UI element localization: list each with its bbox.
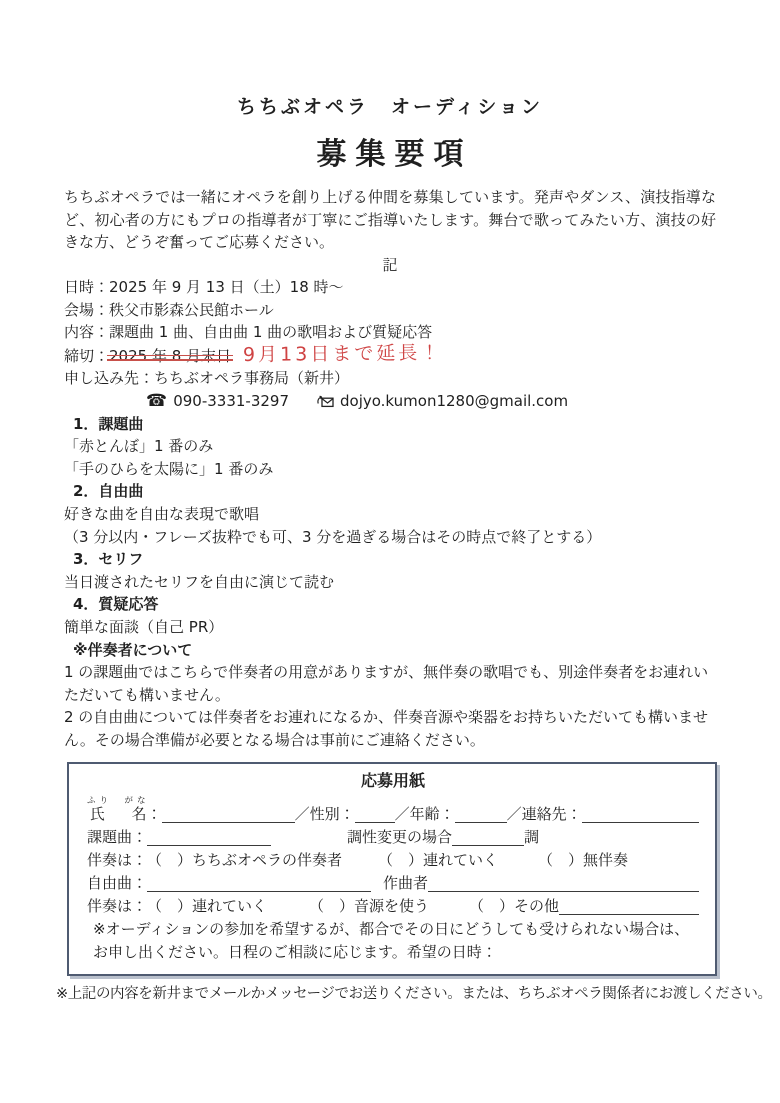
accompaniment2-option-audio-source: （ ）音源を使う <box>309 895 429 918</box>
email-send-icon <box>317 395 334 408</box>
phone-icon: ☎ <box>146 393 167 410</box>
accompaniment2-label: 伴奏は： <box>87 895 147 918</box>
section-line: 当日渡されたセリフを自由に演じて読む <box>64 571 716 594</box>
section-heading-accompanist: ※伴奏者について <box>64 639 716 662</box>
section-line: （3 分以内・フレーズ抜粋でも可、3 分を過ぎる場合はその時点で終了とする） <box>64 526 716 549</box>
accompaniment2-option-bring-own: （ ）連れていく <box>147 895 267 918</box>
form-note-line-1: ※オーディションの参加を希望するが、都合でその日にどうしても受けられない場合は、 <box>87 918 699 941</box>
gender-field-blank <box>355 818 395 823</box>
name-field-blank <box>162 818 295 823</box>
section-shitsugi: 4．質疑応答 簡単な面談（自己 PR） <box>64 593 716 638</box>
accompaniment2-option-other: （ ）その他 <box>469 895 559 918</box>
phone-number: 090-3331-3297 <box>173 390 289 413</box>
section-kadaikyoku: 1．課題曲 「赤とんぼ」1 番のみ 「手のひらを太陽に」1 番のみ <box>64 413 716 481</box>
form-row-kadaikyoku: 課題曲： 調性変更の場合 調 <box>87 826 699 849</box>
accompaniment1-label: 伴奏は： <box>87 849 147 872</box>
section-line: 簡単な面談（自己 PR） <box>64 616 716 639</box>
form-note-line-2: お申し出ください。日程のご相談に応じます。希望の日時： <box>87 941 699 964</box>
detail-deadline: 締切：2025 年 8 月末日9月13日まで延長！ <box>64 344 716 368</box>
kadaikyoku-label: 課題曲： <box>87 826 147 849</box>
section-line: 好きな曲を自由な表現で歌唱 <box>64 503 716 526</box>
document-page: ちちぶオペラ オーディション 募集要項 ちちぶオペラでは一緒にオペラを創り上げる… <box>0 0 780 1103</box>
jiyukyoku-label: 自由曲： <box>87 872 147 895</box>
intro-paragraph: ちちぶオペラでは一緒にオペラを創り上げる仲間を募集しています。発声やダンス、演技… <box>64 186 716 254</box>
application-form-box: 応募用紙 氏 名ふり がな： ／性別： ／年齢： ／連絡先： 課題曲： 調性変更… <box>67 762 717 976</box>
document-content: ちちぶオペラ オーディション 募集要項 ちちぶオペラでは一緒にオペラを創り上げる… <box>0 94 780 1005</box>
name-furigana: ふり がな <box>87 796 150 806</box>
section-line: 「手のひらを太陽に」1 番のみ <box>64 458 716 481</box>
form-row-accompaniment-1: 伴奏は： （ ）ちちぶオペラの伴奏者 （ ）連れていく （ ）無伴奏 <box>87 849 699 872</box>
section-jiyukyoku: 2．自由曲 好きな曲を自由な表現で歌唱 （3 分以内・フレーズ抜粋でも可、3 分… <box>64 480 716 548</box>
recruitment-heading: 募集要項 <box>64 135 716 175</box>
key-suffix-label: 調 <box>524 826 539 849</box>
section-line: 1 の課題曲ではこちらで伴奏者の用意がありますが、無伴奏の歌唱でも、別途伴奏者を… <box>64 661 716 706</box>
contact-line: ☎090-3331-3297 dojyo.kumon1280@gmail.com <box>64 390 716 413</box>
event-details: 日時：2025 年 9 月 13 日（土）18 時～ 会場：秩父市影森公民館ホー… <box>64 276 716 413</box>
section-heading-kadaikyoku: 1．課題曲 <box>64 413 716 436</box>
contact-label: ／連絡先： <box>507 803 582 826</box>
section-serifu: 3．セリフ 当日渡されたセリフを自由に演じて読む <box>64 548 716 593</box>
detail-content: 内容：課題曲 1 曲、自由曲 1 曲の歌唱および質疑応答 <box>64 321 716 344</box>
section-heading-shitsugi: 4．質疑応答 <box>64 593 716 616</box>
age-field-blank <box>455 818 507 823</box>
name-colon: ： <box>147 805 162 823</box>
section-line: 「赤とんぼ」1 番のみ <box>64 435 716 458</box>
footer-note: ※上記の内容を新井までメールかメッセージでお送りください。または、ちちぶオペラ関… <box>56 983 716 1005</box>
form-row-accompaniment-2: 伴奏は： （ ）連れていく （ ）音源を使う （ ）その他 <box>87 895 699 918</box>
deadline-extension-note: 9月13日まで延長！ <box>243 342 442 367</box>
section-heading-jiyukyoku: 2．自由曲 <box>64 480 716 503</box>
deadline-label: 締切： <box>64 347 109 365</box>
section-heading-serifu: 3．セリフ <box>64 548 716 571</box>
jiyukyoku-field-blank <box>147 887 371 892</box>
detail-datetime: 日時：2025 年 9 月 13 日（土）18 時～ <box>64 276 716 299</box>
detail-apply-to: 申し込み先：ちちぶオペラ事務局（新井） <box>64 367 716 390</box>
page-title: ちちぶオペラ オーディション <box>64 94 716 120</box>
form-title: 応募用紙 <box>87 769 699 793</box>
deadline-old-date: 2025 年 8 月末日 <box>109 345 231 368</box>
key-field-blank <box>452 841 524 846</box>
composer-field-blank <box>428 887 699 892</box>
gender-label: ／性別： <box>295 803 355 826</box>
kadaikyoku-field-blank <box>147 841 271 846</box>
composer-label: 作曲者 <box>383 872 428 895</box>
form-row-name: 氏 名ふり がな： ／性別： ／年齢： ／連絡先： <box>87 796 699 826</box>
email-address: dojyo.kumon1280@gmail.com <box>340 390 568 413</box>
other-field-blank <box>559 910 699 915</box>
section-line: 2 の自由曲については伴奏者をお連れになるか、伴奏音源や楽器をお持ちいただいても… <box>64 706 716 751</box>
detail-venue: 会場：秩父市影森公民館ホール <box>64 299 716 322</box>
age-label: ／年齢： <box>395 803 455 826</box>
key-change-label: 調性変更の場合 <box>347 826 452 849</box>
name-label-text: 氏 名 <box>87 805 150 823</box>
accompaniment1-option-bring-own: （ ）連れていく <box>378 849 498 872</box>
form-row-jiyukyoku: 自由曲： 作曲者 <box>87 872 699 895</box>
section-accompanist: ※伴奏者について 1 の課題曲ではこちらで伴奏者の用意がありますが、無伴奏の歌唱… <box>64 639 716 752</box>
name-label: 氏 名ふり がな： <box>87 796 162 826</box>
contact-field-blank <box>582 818 699 823</box>
record-mark: 記 <box>64 254 716 277</box>
accompaniment1-option-opera-pianist: （ ）ちちぶオペラの伴奏者 <box>147 849 342 872</box>
accompaniment1-option-a-cappella: （ ）無伴奏 <box>538 849 628 872</box>
